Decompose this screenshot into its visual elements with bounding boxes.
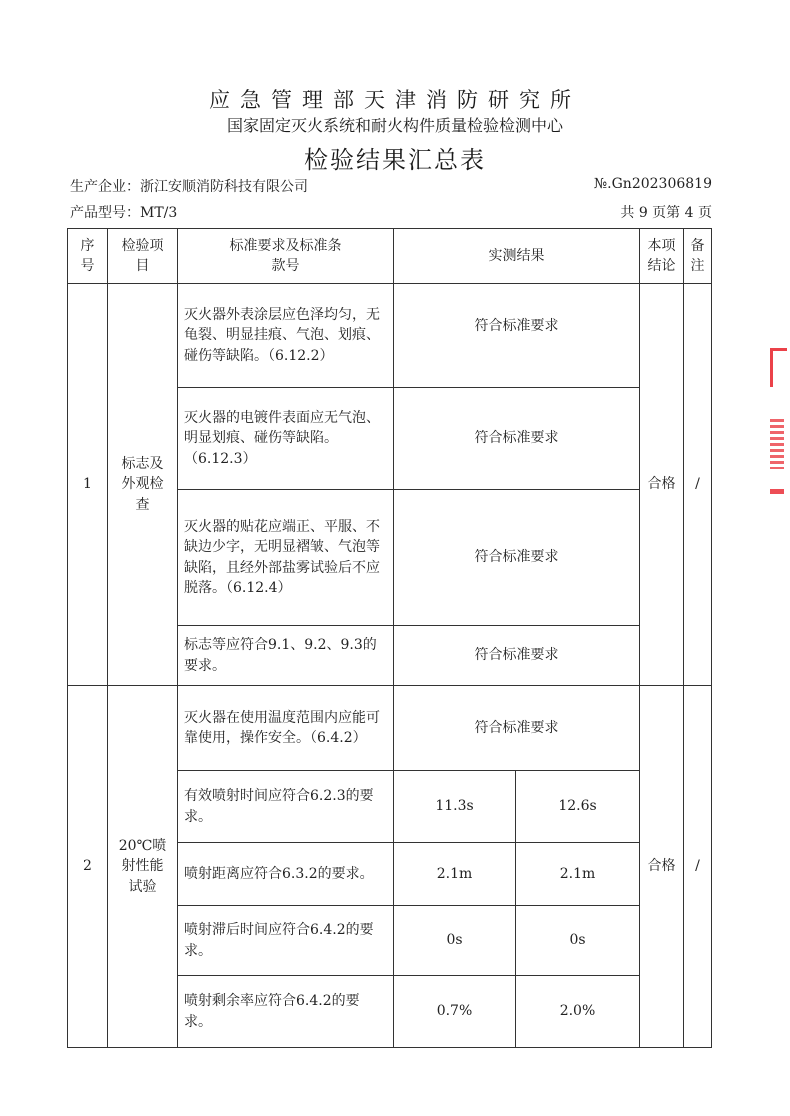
requirement-cell: 灭火器在使用温度范围内应能可靠使用，操作安全。（6.4.2）	[178, 686, 394, 771]
result-cell: 符合标准要求	[394, 626, 640, 686]
header-conclusion: 本项结论	[640, 229, 684, 284]
result-cell: 符合标准要求	[394, 284, 640, 388]
requirement-cell: 灭火器的贴花应端正、平服、不缺边少字，无明显褶皱、气泡等缺陷，且经外部盐雾试验后…	[178, 490, 394, 626]
report-number: №.Gn202306819	[594, 176, 712, 192]
result-2-cell: 0s	[516, 906, 640, 976]
remark-cell: /	[684, 686, 712, 1048]
result-1-cell: 0s	[394, 906, 516, 976]
requirement-cell: 喷射剩余率应符合6.4.2的要求。	[178, 976, 394, 1048]
header-item: 检验项目	[108, 229, 178, 284]
result-cell: 符合标准要求	[394, 388, 640, 490]
result-cell: 符合标准要求	[394, 686, 640, 771]
manufacturer-line: 生产企业：浙江安顺消防科技有限公司	[70, 176, 308, 196]
result-2-cell: 2.1m	[516, 843, 640, 906]
seal-stamp-fragment	[770, 348, 787, 494]
seq-cell: 1	[68, 284, 108, 686]
item-cell: 标志及外观检查	[108, 284, 178, 686]
table-row: 1 标志及外观检查 灭火器外表涂层应色泽均匀，无龟裂、明显挂痕、气泡、划痕、碰伤…	[68, 284, 712, 388]
requirement-cell: 灭火器的电镀件表面应无气泡、明显划痕、碰伤等缺陷。（6.12.3）	[178, 388, 394, 490]
requirement-cell: 标志等应符合9.1、9.2、9.3的要求。	[178, 626, 394, 686]
table-row: 2 20℃喷射性能试验 灭火器在使用温度范围内应能可靠使用，操作安全。（6.4.…	[68, 686, 712, 771]
model-label: 产品型号：	[70, 205, 140, 221]
model-value: MT/3	[140, 205, 177, 221]
result-2-cell: 12.6s	[516, 771, 640, 843]
manufacturer-value: 浙江安顺消防科技有限公司	[140, 179, 308, 195]
manufacturer-label: 生产企业：	[70, 179, 140, 195]
header-requirement: 标准要求及标准条款号	[178, 229, 394, 284]
requirement-cell: 灭火器外表涂层应色泽均匀，无龟裂、明显挂痕、气泡、划痕、碰伤等缺陷。（6.12.…	[178, 284, 394, 388]
conclusion-cell: 合格	[640, 686, 684, 1048]
requirement-cell: 喷射距离应符合6.3.2的要求。	[178, 843, 394, 906]
result-1-cell: 11.3s	[394, 771, 516, 843]
result-1-cell: 2.1m	[394, 843, 516, 906]
requirement-cell: 有效喷射时间应符合6.2.3的要求。	[178, 771, 394, 843]
seq-cell: 2	[68, 686, 108, 1048]
page-info: 共 9 页第 4 页	[620, 202, 712, 222]
center-name: 国家固定灭火系统和耐火构件质量检验检测中心	[0, 113, 790, 136]
header-remark: 备注	[684, 229, 712, 284]
result-cell: 符合标准要求	[394, 490, 640, 626]
conclusion-cell: 合格	[640, 284, 684, 686]
header-seq: 序号	[68, 229, 108, 284]
table-header-row: 序号 检验项目 标准要求及标准条款号 实测结果 本项结论 备注	[68, 229, 712, 284]
header-result: 实测结果	[394, 229, 640, 284]
results-table: 序号 检验项目 标准要求及标准条款号 实测结果 本项结论 备注 1 标志及外观检…	[67, 228, 712, 1048]
institution-name: 应急管理部天津消防研究所	[0, 84, 790, 114]
requirement-cell: 喷射滞后时间应符合6.4.2的要求。	[178, 906, 394, 976]
item-cell: 20℃喷射性能试验	[108, 686, 178, 1048]
model-line: 产品型号：MT/3	[70, 202, 177, 222]
result-1-cell: 0.7%	[394, 976, 516, 1048]
page-title: 检验结果汇总表	[0, 140, 790, 175]
remark-cell: /	[684, 284, 712, 686]
result-2-cell: 2.0%	[516, 976, 640, 1048]
